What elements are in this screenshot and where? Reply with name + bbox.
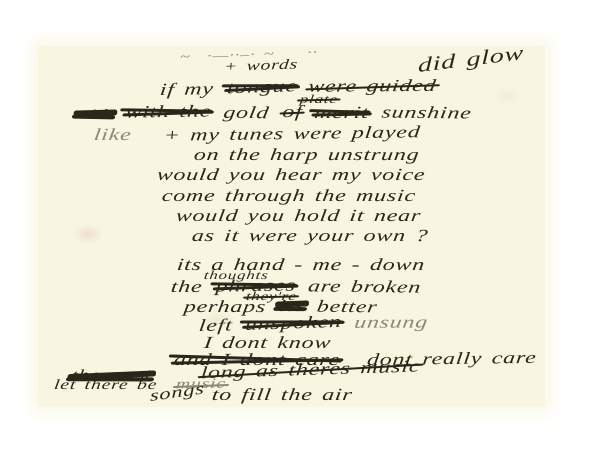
word: let there be xyxy=(53,379,158,393)
manuscript-line: to fill the air xyxy=(211,386,366,403)
word: I dont know xyxy=(203,334,332,351)
word: perhaps xyxy=(183,298,267,315)
word: + words xyxy=(223,58,298,75)
word: as it were your own ? xyxy=(191,227,429,244)
word: would you hold it near xyxy=(175,207,422,224)
word: would you hear my voice xyxy=(156,166,427,183)
word: the xyxy=(170,278,204,295)
manuscript-page: ~ ·—··–· ~ ··+ wordsdid glowif mytonguew… xyxy=(0,0,600,460)
word: like xyxy=(93,126,133,143)
word: + my tunes were played xyxy=(163,123,421,144)
word: with the xyxy=(125,102,212,120)
manuscript-line: as it were your own ? xyxy=(191,227,442,244)
word: its xyxy=(278,297,305,314)
word: unsung xyxy=(354,313,430,330)
word: on the harp unstrung xyxy=(193,146,421,163)
manuscript-line: would you hear my voice xyxy=(156,166,439,183)
word: gold xyxy=(222,104,270,122)
manuscript-line: on the harp unstrung xyxy=(193,146,433,163)
word: merit xyxy=(314,104,371,121)
manuscript-line: I dont know xyxy=(203,334,345,351)
manuscript-line: come through the music xyxy=(161,187,430,204)
word: with xyxy=(77,107,113,120)
manuscript-line: would you hold it near xyxy=(175,207,435,224)
word: come through the music xyxy=(161,187,417,204)
word: if my xyxy=(159,80,215,98)
word: tongue xyxy=(226,77,297,96)
manuscript-line: withwith thegoldofmeritsunshine xyxy=(77,104,485,121)
word: of xyxy=(281,103,303,120)
word: unspoken xyxy=(245,313,343,333)
word: are broken xyxy=(307,277,422,295)
word: to fill the air xyxy=(211,386,354,403)
word: left xyxy=(198,316,234,334)
manuscript-line: like+ my tunes were played xyxy=(93,126,434,143)
manuscript-line: leftunspokenunsung xyxy=(198,313,442,334)
word: sunshine xyxy=(380,103,472,121)
